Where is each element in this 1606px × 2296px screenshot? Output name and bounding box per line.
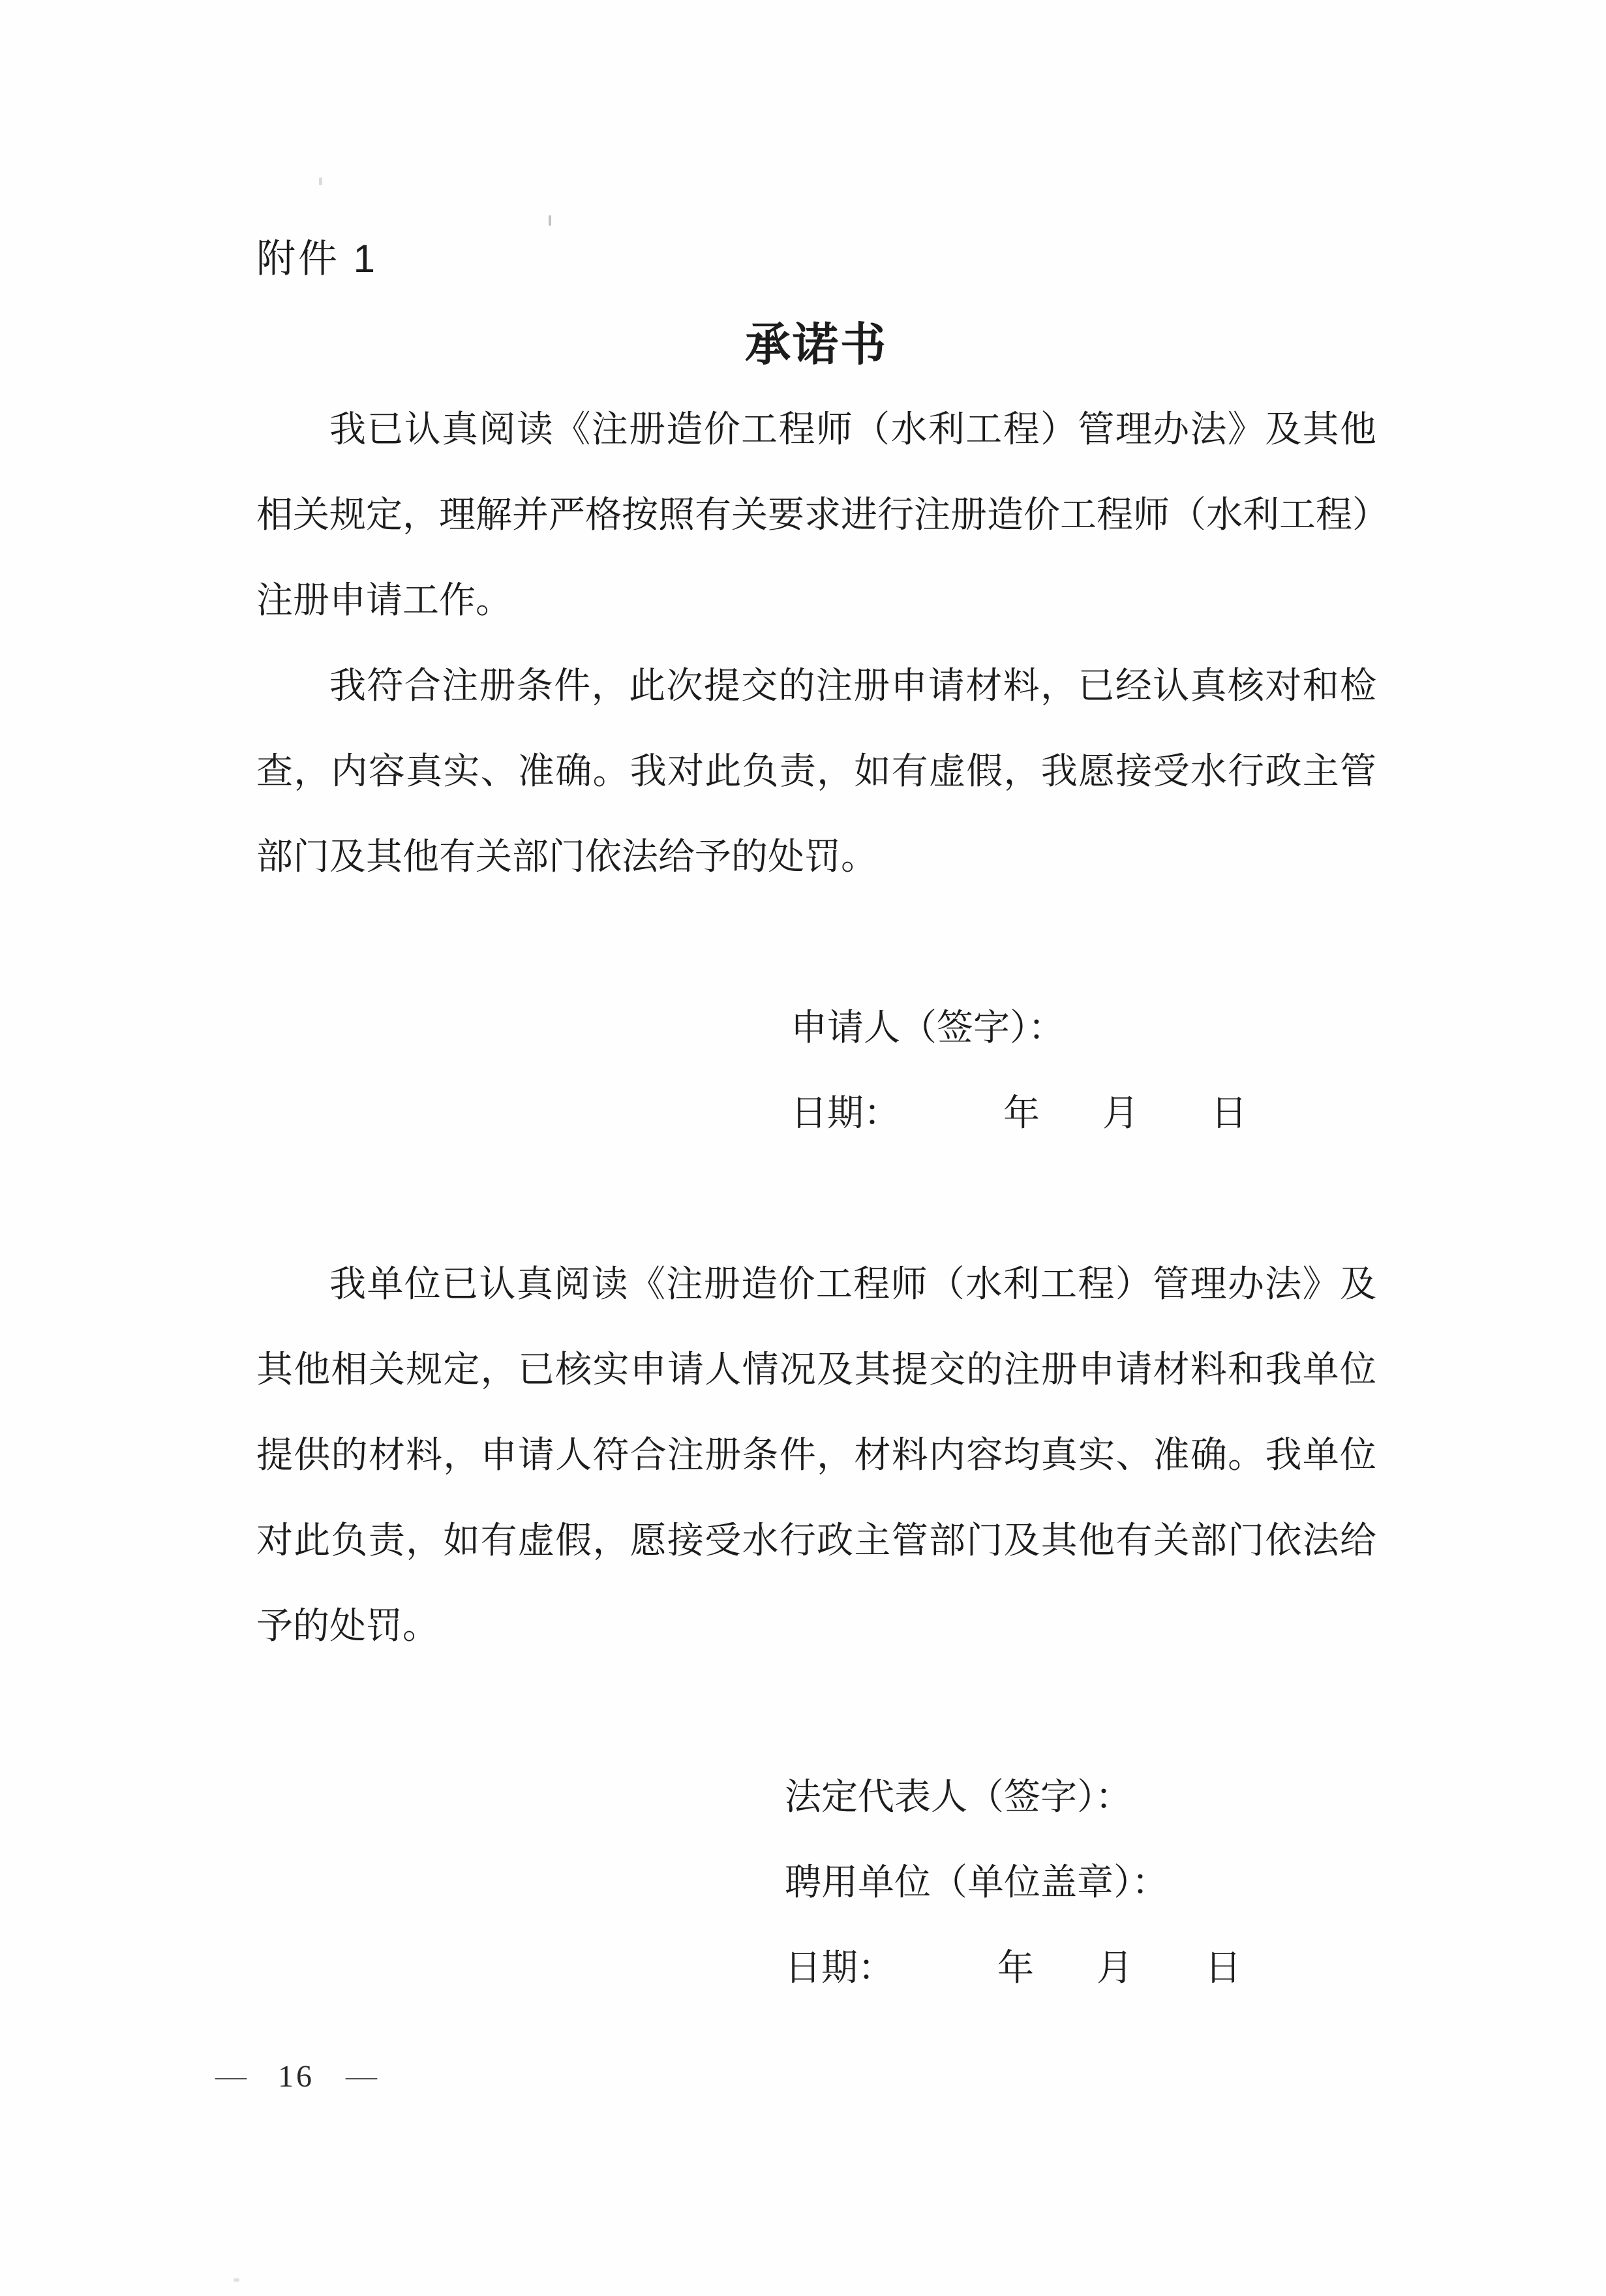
paragraph-3-line-3: 提供的材料，申请人符合注册条件，材料内容均真实、准确。我单位 (256, 1413, 1376, 1498)
footer-dash-right: — (346, 2043, 377, 2111)
date-unit-day: 日 (1205, 1948, 1241, 1989)
attachment-label: 附件 1 (256, 217, 1376, 301)
footer-page-number: 16 (278, 2059, 314, 2094)
page-title: 承诺书 (256, 302, 1376, 387)
paragraph-2-line-3: 部门及其他有关部门依法给予的处罚。 (256, 815, 1376, 900)
scan-speck (549, 215, 551, 226)
employer-seal-label: 聘用单位（单位盖章）： (785, 1841, 1437, 1925)
scan-speck (234, 2278, 239, 2282)
employer-date-label: 日期： (785, 1948, 894, 1989)
date-unit-day: 日 (1211, 1094, 1247, 1134)
applicant-date-label: 日期： (791, 1094, 900, 1134)
paragraph-3-line-1: 我单位已认真阅读《注册造价工程师（水利工程）管理办法》及 (256, 1242, 1376, 1327)
date-unit-year: 年 (997, 1948, 1034, 1989)
paragraph-1-line-3: 注册申请工作。 (256, 559, 1376, 643)
employer-date-line: 日期：年月日 (785, 1926, 1437, 2011)
date-unit-month: 月 (1097, 1948, 1133, 1989)
paragraph-3-line-5: 予的处罚。 (256, 1584, 1376, 1669)
legal-representative-signature-label: 法定代表人（签字）： (785, 1755, 1437, 1840)
scanned-document-page: 附件 1 承诺书 我已认真阅读《注册造价工程师（水利工程）管理办法》及其他 相关… (0, 0, 1606, 2296)
paragraph-1-line-1: 我已认真阅读《注册造价工程师（水利工程）管理办法》及其他 (256, 388, 1376, 472)
date-unit-month: 月 (1102, 1094, 1139, 1134)
paragraph-3-line-2: 其他相关规定，已核实申请人情况及其提交的注册申请材料和我单位 (256, 1328, 1376, 1413)
footer-dash-left: — (215, 2043, 247, 2111)
paragraph-2-line-2: 查，内容真实、准确。我对此负责，如有虚假，我愿接受水行政主管 (256, 729, 1376, 814)
scan-speck (319, 177, 322, 185)
date-unit-year: 年 (1003, 1094, 1040, 1134)
paragraph-2-line-1: 我符合注册条件，此次提交的注册申请材料，已经认真核对和检 (256, 644, 1376, 729)
applicant-date-line: 日期：年月日 (791, 1071, 1443, 1156)
page-footer: —16— (215, 2034, 377, 2119)
paragraph-1-line-2: 相关规定，理解并严格按照有关要求进行注册造价工程师（水利工程） (256, 473, 1376, 558)
applicant-signature-label: 申请人（签字）： (791, 986, 1443, 1071)
paragraph-3-line-4: 对此负责，如有虚假，愿接受水行政主管部门及其他有关部门依法给 (256, 1499, 1376, 1584)
